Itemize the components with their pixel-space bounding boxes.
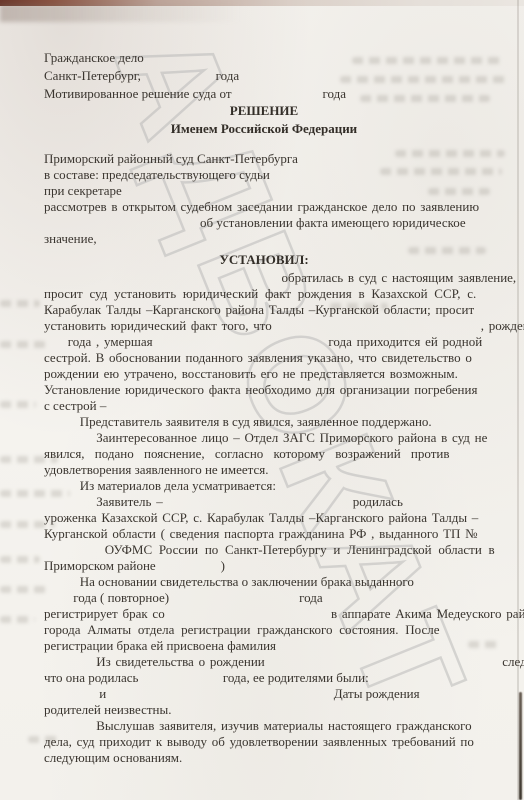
document-line: что она родилась года, ее родителями был…: [44, 670, 484, 686]
scan-right-edge-line: [517, 0, 519, 800]
document-line: Санкт-Петербург, года: [44, 68, 484, 84]
bleedthrough-smudge: [0, 401, 36, 408]
document-line: РЕШЕНИЕ: [44, 103, 484, 119]
document-line: Из свидетельства о рождении следует,: [44, 654, 484, 670]
document-line: регистрирует брак со в аппарате Акима Ме…: [44, 606, 484, 622]
document-line: дела, суд приходит к выводу об удовлетво…: [44, 734, 484, 750]
document-line: На основании свидетельства о заключении …: [44, 574, 484, 590]
document-line: Заинтересованное лицо – Отдел ЗАГС Примо…: [44, 430, 484, 446]
document-line: явился, подано пояснение, согласно котор…: [44, 446, 484, 462]
bleedthrough-smudge: [0, 300, 40, 307]
document-line: города Алматы отдела регистрации граждан…: [44, 622, 484, 638]
scan-top-smudge: [0, 4, 241, 22]
document-line: Приморском районе ): [44, 558, 484, 574]
document-page: АДВОКАТ Гражданское делоСанкт-Петербург,…: [0, 0, 524, 800]
document-line: установить юридический факт того, что , …: [44, 318, 484, 334]
document-line: при секретаре: [44, 183, 484, 199]
document-line: родителей неизвестны.: [44, 702, 484, 718]
document-line: УСТАНОВИЛ:: [44, 252, 484, 268]
document-line: Мотивированное решение суда от года: [44, 86, 484, 102]
document-line: года , умершая года приходится ей родной: [44, 334, 484, 350]
document-line: регистрации брака ей присвоена фамилия: [44, 638, 484, 654]
scan-right-edge-dark-artifact: [519, 692, 522, 800]
document-line: удовлетворения заявленного не имеется.: [44, 462, 484, 478]
document-body: Гражданское делоСанкт-Петербург, годаМот…: [44, 50, 484, 766]
document-line: рождении ею утрачено, восстановить его н…: [44, 366, 484, 382]
document-line: уроженка Казахской ССР, с. Карабулак Тал…: [44, 510, 484, 526]
document-line: Приморский районный суд Санкт-Петербурга: [44, 151, 484, 167]
document-line: Гражданское дело: [44, 50, 484, 66]
document-line: и Даты рождения: [44, 686, 484, 702]
document-line: Из материалов дела усматривается:: [44, 478, 484, 494]
document-line: в составе: председательствующего судьи: [44, 167, 484, 183]
document-line: просит суд установить юридический факт р…: [44, 286, 484, 302]
document-line: Заявитель – родилась года ,: [44, 494, 484, 510]
bleedthrough-smudge: [0, 586, 50, 593]
document-line: об установлении факта имеющего юридическ…: [44, 215, 484, 231]
document-line: Именем Российской Федерации: [44, 121, 484, 137]
document-line: Представитель заявителя в суд явился, за…: [44, 414, 484, 430]
bleedthrough-smudge: [0, 556, 40, 563]
document-line: значение,: [44, 231, 484, 247]
document-line: Курганской области ( сведения паспорта г…: [44, 526, 484, 542]
document-line: следующим основаниям.: [44, 750, 484, 766]
document-line: Установление юридического факта необходи…: [44, 382, 484, 398]
document-line: Карабулак Талды –Карганского района Талд…: [44, 302, 484, 318]
document-line: обратилась в суд с настоящим заявление,: [44, 270, 484, 286]
bleedthrough-smudge: [0, 616, 35, 623]
document-line: с сестрой –: [44, 398, 484, 414]
document-line: сестрой. В обосновании поданного заявлен…: [44, 350, 484, 366]
document-line: года ( повторное) года: [44, 590, 484, 606]
document-line: Выслушав заявителя, изучив материалы нас…: [44, 718, 484, 734]
bleedthrough-smudge: [0, 341, 46, 348]
document-line: ОУФМС России по Санкт-Петербургу и Ленин…: [44, 542, 484, 558]
document-line: рассмотрев в открытом судебном заседании…: [44, 199, 484, 215]
